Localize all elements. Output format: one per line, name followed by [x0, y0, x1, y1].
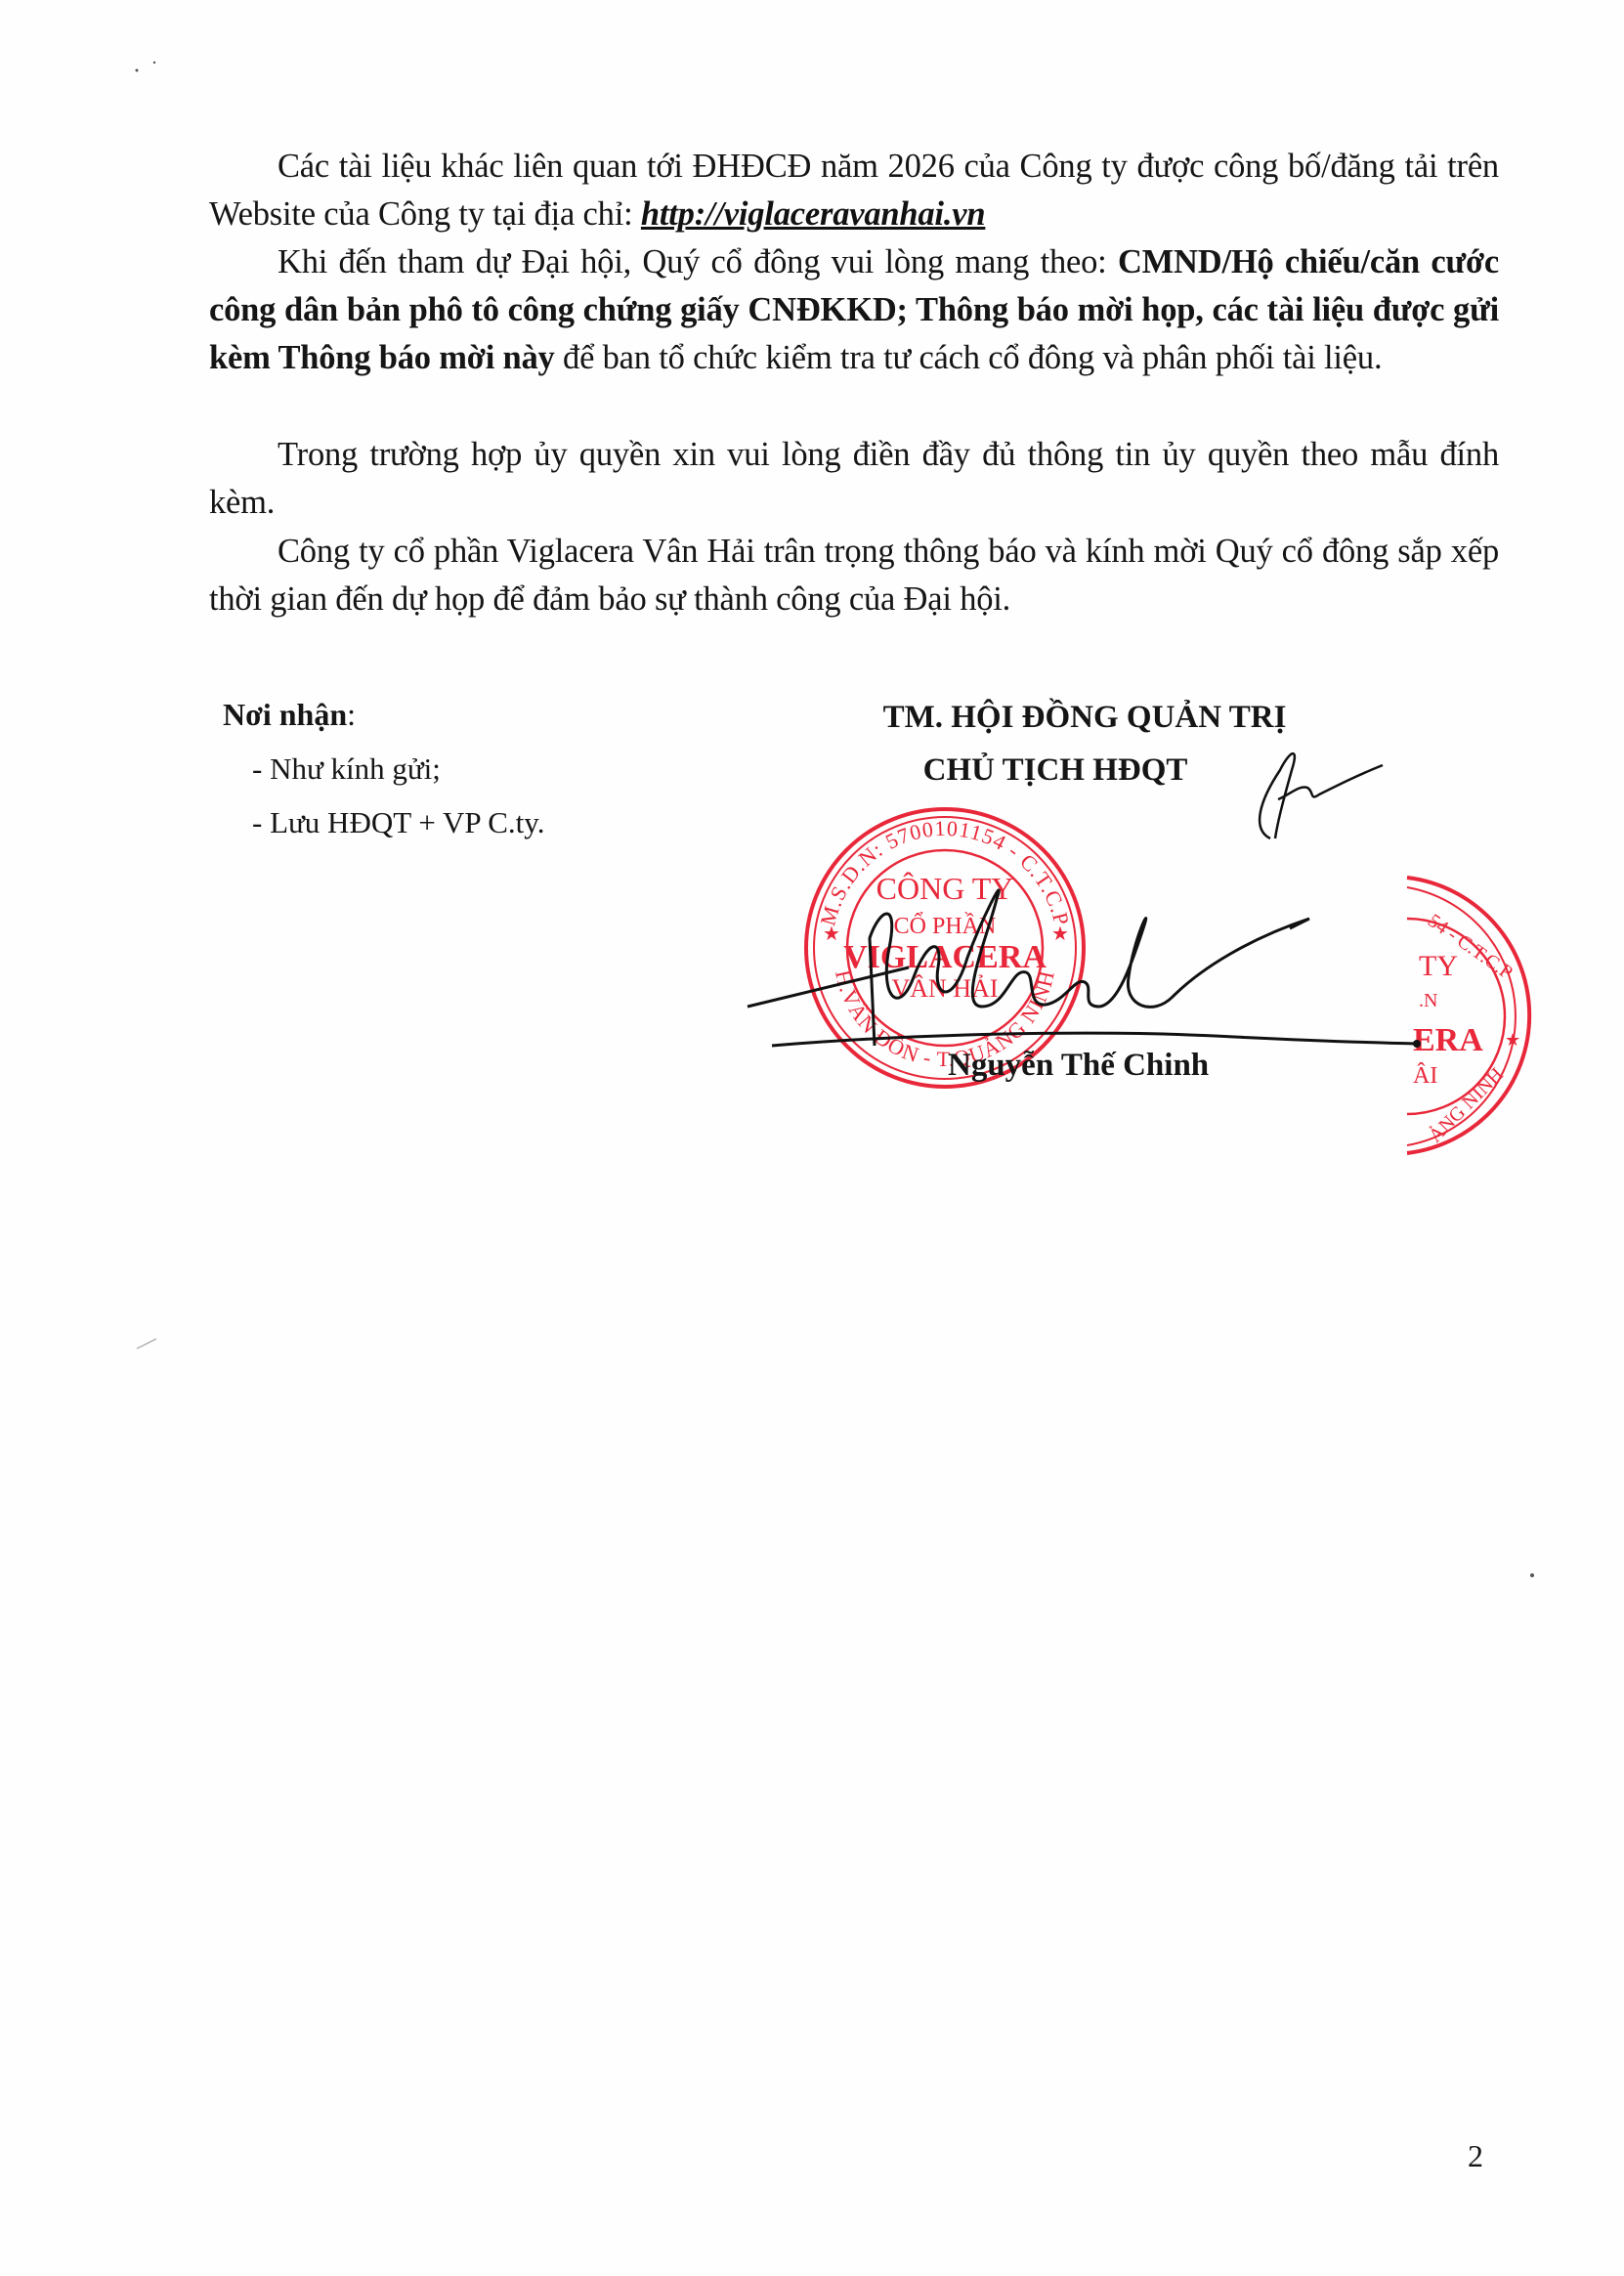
scan-specks	[0, 0, 1624, 2276]
document-page: Các tài liệu khác liên quan tới ĐHĐCĐ nă…	[0, 0, 1624, 2276]
